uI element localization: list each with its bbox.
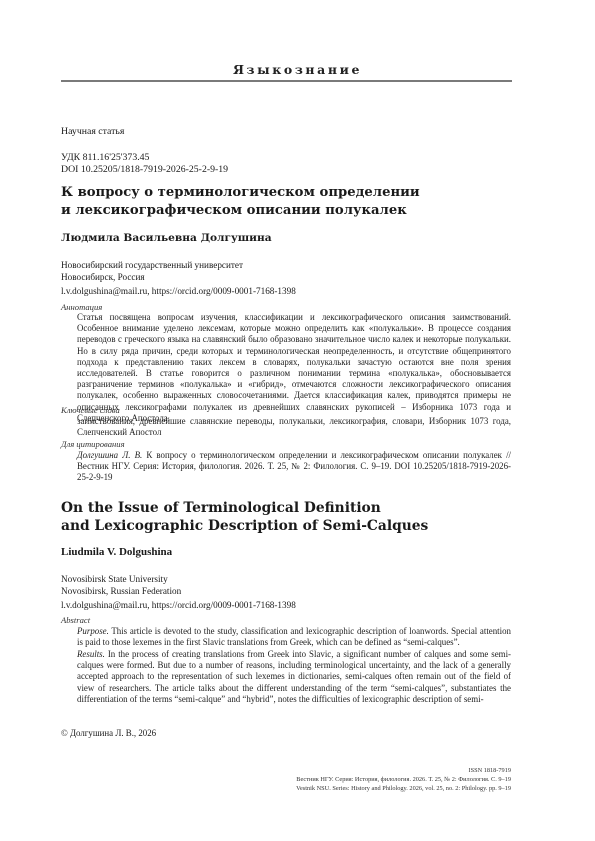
location-ru: Новосибирск, Россия <box>61 271 145 283</box>
footer-ref-en: Vestnik NSU. Series: History and Philolo… <box>296 784 511 793</box>
title-en: On the Issue of Terminological Definitio… <box>61 499 428 535</box>
abstract-purpose-en: Purpose. This article is devoted to the … <box>77 626 511 648</box>
citation-author: Долгушина Л. В. <box>77 450 142 460</box>
title-ru-line2: и лексикографическом описании полукалек <box>61 202 420 220</box>
results-text: In the process of creating translations … <box>77 649 511 704</box>
keywords-text-ru: заимствования, древнейшие славянские пер… <box>77 416 511 438</box>
citation-text: К вопросу о терминологическом определени… <box>77 450 511 482</box>
article-type: Научная статья <box>61 126 124 138</box>
title-ru-line1: К вопросу о терминологическом определени… <box>61 184 420 202</box>
abstract-label-en: Abstract <box>61 615 90 626</box>
doi: DOI 10.25205/1818-7919-2026-25-2-9-19 <box>61 164 228 176</box>
affiliation-en: Novosibirsk State University <box>61 573 168 585</box>
results-label: Results. <box>77 649 105 659</box>
copyright: © Долгушина Л. В., 2026 <box>61 728 156 738</box>
abstract-results-en: Results. In the process of creating tran… <box>77 649 511 705</box>
contacts-ru[interactable]: l.v.dolgushina@mail.ru, https://orcid.or… <box>61 285 296 297</box>
author-ru: Людмила Васильевна Долгушина <box>61 232 272 244</box>
udc-code: УДК 811.16'25'373.45 <box>61 152 149 164</box>
keywords-label-ru: Ключевые слова <box>61 405 120 416</box>
affiliation-ru: Новосибирский государственный университе… <box>61 259 243 271</box>
citation-ru: Долгушина Л. В. К вопросу о терминологич… <box>77 450 511 484</box>
citation-label-ru: Для цитирования <box>61 439 125 450</box>
footer-issn: ISSN 1818-7919 <box>468 766 511 775</box>
title-ru: К вопросу о терминологическом определени… <box>61 184 420 220</box>
footer-ref-ru: Вестник НГУ. Серия: История, филология. … <box>296 775 511 784</box>
abstract-text-ru: Статья посвящена вопросам изучения, клас… <box>77 312 511 424</box>
header-divider <box>61 80 512 82</box>
purpose-label: Purpose. <box>77 626 109 636</box>
purpose-text: This article is devoted to the study, cl… <box>77 626 511 647</box>
section-title: Языкознание <box>0 62 595 77</box>
title-en-line1: On the Issue of Terminological Definitio… <box>61 499 428 517</box>
title-en-line2: and Lexicographic Description of Semi-Ca… <box>61 517 428 535</box>
location-en: Novosibirsk, Russian Federation <box>61 585 181 597</box>
author-en: Liudmila V. Dolgushina <box>61 546 172 558</box>
contacts-en[interactable]: l.v.dolgushina@mail.ru, https://orcid.or… <box>61 599 296 611</box>
